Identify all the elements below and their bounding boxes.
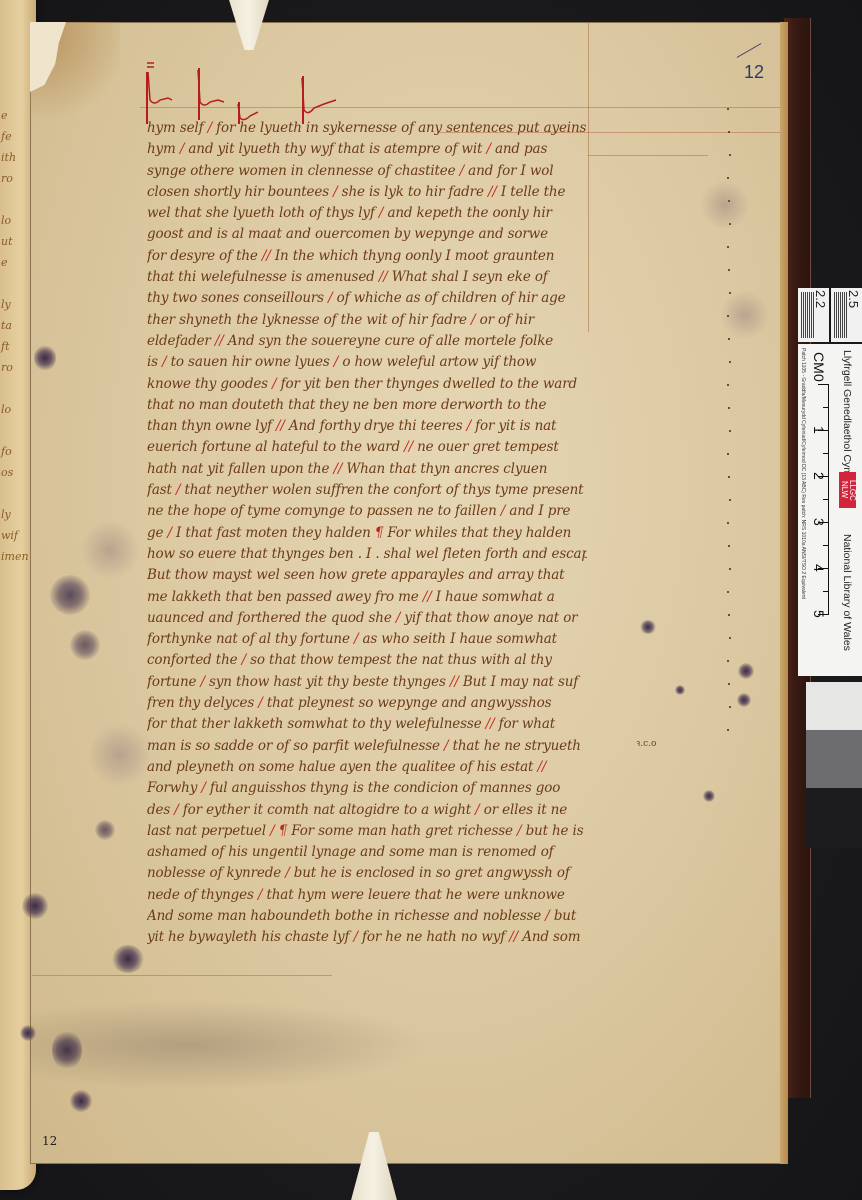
ruling-vertical xyxy=(588,22,589,332)
facing-page-text-fragment: ly xyxy=(1,299,11,310)
text-line: is / to sauen hir owne lyues / o how wel… xyxy=(147,352,587,373)
pricking-hole xyxy=(728,269,730,271)
mold-stain xyxy=(703,790,715,802)
pricking-hole xyxy=(729,499,731,501)
facing-page-text-fragment: ut xyxy=(1,236,13,247)
facing-page-text-fragment: lo xyxy=(1,404,11,415)
ruler-half-tick xyxy=(823,407,829,408)
facing-page-text-fragment: e xyxy=(1,110,8,121)
text-line: hym self / for he lyueth in sykernesse o… xyxy=(147,118,587,139)
patch-white xyxy=(806,682,862,730)
text-line: euerich fortune al hateful to the ward /… xyxy=(147,437,587,458)
text-line: for desyre of the // In the which thyng … xyxy=(147,246,587,267)
bottom-signature-mark: 12 xyxy=(42,1134,57,1148)
text-line: that thi welefulnesse is amenused // Wha… xyxy=(147,267,587,288)
facing-page-text-fragment: lo xyxy=(1,215,11,226)
ruler-fine-print: Patch 1105 - Graddfa/Mesurydd Cyfeiriad/… xyxy=(800,348,806,673)
pricking-hole xyxy=(729,637,731,639)
ruler-unit: CM xyxy=(811,352,827,374)
pricking-hole xyxy=(728,476,730,478)
facing-page-text-fragment: ro xyxy=(1,173,13,184)
mold-stain xyxy=(34,345,56,371)
text-line: hath nat yit fallen upon the // Whan tha… xyxy=(147,459,587,480)
facing-page-text-fragment: ith xyxy=(1,152,16,163)
mold-stain xyxy=(50,575,90,615)
manuscript-text: hym self / for he lyueth in sykernesse o… xyxy=(147,118,587,949)
pricking-hole xyxy=(727,522,729,524)
ruler-half-tick xyxy=(823,545,829,546)
text-line: But thow mayst wel seen how grete appara… xyxy=(147,565,587,586)
text-line: knowe thy goodes / for yit ben ther thyn… xyxy=(147,374,587,395)
color-scale-bar: 2.2 2.5 Patch 1105 - Graddfa/Mesurydd Cy… xyxy=(798,288,862,678)
text-line: conforted the / so that thow tempest the… xyxy=(147,650,587,671)
pricking-hole xyxy=(727,453,729,455)
mold-stain xyxy=(675,685,685,695)
pricking-hole xyxy=(729,706,731,708)
text-line: thy two sones conseillours / of whiche a… xyxy=(147,288,587,309)
text-line: noblesse of kynrede / but he is enclosed… xyxy=(147,863,587,884)
text-line: man is so sadde or of so parfit welefuln… xyxy=(147,736,587,757)
pricking-hole xyxy=(729,430,731,432)
patch-black xyxy=(806,788,862,848)
mold-stain xyxy=(738,663,754,679)
pricking-hole xyxy=(728,683,730,685)
text-line: fren thy delyces / that pleynest so wepy… xyxy=(147,693,587,714)
facing-page-text-fragment: imen xyxy=(1,551,29,562)
text-line: last nat perpetuel / ¶ For some man hath… xyxy=(147,821,587,842)
facing-page-text-fragment: ly xyxy=(1,509,11,520)
ruler-number: 1 xyxy=(811,426,827,434)
pricking-hole xyxy=(727,384,729,386)
facing-page-text-fragment: ro xyxy=(1,362,13,373)
facing-page-text-fragment: fe xyxy=(1,131,12,142)
text-line: nede of thynges / that hym were leuere t… xyxy=(147,885,587,906)
text-line: yit he bywayleth his chaste lyf / for he… xyxy=(147,927,587,948)
barcode-label: 2.2 xyxy=(813,290,828,308)
text-line: ge / I that fast moten they halden ¶ For… xyxy=(147,523,587,544)
facing-page-text-fragment: ft xyxy=(1,341,10,352)
text-line: ne the hope of tyme comynge to passen ne… xyxy=(147,501,587,522)
ruler-number: 0 xyxy=(811,374,827,382)
facing-page-text-fragment: wif xyxy=(1,530,18,541)
facing-page-text-fragment: fo xyxy=(1,446,12,457)
nlw-logo: LLGC NLW xyxy=(839,472,856,508)
facing-page-text-fragment: os xyxy=(1,467,13,478)
ruler-number: 2 xyxy=(811,472,827,480)
faded-stain xyxy=(720,290,770,340)
mold-stain xyxy=(70,630,100,660)
text-line: ashamed of his ungentil lynage and some … xyxy=(147,842,587,863)
facing-page-text-fragment: e xyxy=(1,257,8,268)
barcode-patch: 2.2 xyxy=(798,288,829,342)
margin-note: ꝛ.c.o xyxy=(636,736,656,749)
water-stain xyxy=(30,1000,430,1090)
patch-grey xyxy=(806,730,862,788)
ruling-line xyxy=(588,155,708,156)
mold-stain xyxy=(737,693,751,707)
ruling-bottom xyxy=(32,975,332,976)
text-line: goost and is al maat and ouercomen by we… xyxy=(147,224,587,245)
text-line: fortune / syn thow hast yit thy beste th… xyxy=(147,672,587,693)
text-line: ther shyneth the lyknesse of the wit of … xyxy=(147,310,587,331)
institution-english: National Library of Wales xyxy=(841,534,853,651)
pricking-hole xyxy=(728,614,730,616)
text-line: that no man douteth that they ne ben mor… xyxy=(147,395,587,416)
text-line: forthynke nat of al thy fortune / as who… xyxy=(147,629,587,650)
cm-ruler: Patch 1105 - Graddfa/Mesurydd Cyfeiriad/… xyxy=(798,344,862,676)
facing-page-text-fragment: ta xyxy=(1,320,12,331)
pricking-hole xyxy=(728,407,730,409)
pricking-hole xyxy=(727,729,729,731)
mold-stain xyxy=(22,893,48,919)
mold-stain xyxy=(112,945,144,973)
folio-gilt-edge xyxy=(780,22,788,1164)
pricking-hole xyxy=(727,177,729,179)
pricking-hole xyxy=(727,660,729,662)
text-line: Forwhy / ful anguisshos thyng is the con… xyxy=(147,778,587,799)
pricking-hole xyxy=(727,591,729,593)
faded-stain xyxy=(80,520,140,580)
ruler-half-tick xyxy=(823,591,829,592)
pricking-hole xyxy=(727,108,729,110)
pricking-hole xyxy=(728,131,730,133)
text-line: me lakketh that ben passed awey fro me /… xyxy=(147,587,587,608)
text-line: and pleyneth on some halue ayen the qual… xyxy=(147,757,587,778)
text-line: synge othere women in clennesse of chast… xyxy=(147,161,587,182)
text-line: fast / that neyther wolen suffren the co… xyxy=(147,480,587,501)
ruler-number: 4 xyxy=(811,564,827,572)
barcode-label: 2.5 xyxy=(846,290,861,308)
text-line: wel that she lyueth loth of thys lyf / a… xyxy=(147,203,587,224)
pricking-hole xyxy=(729,568,731,570)
pricking-hole xyxy=(727,246,729,248)
ruler-number: 5 xyxy=(811,610,827,618)
mold-stain xyxy=(95,820,115,840)
text-line: des / for eyther it comth nat altogidre … xyxy=(147,800,587,821)
mold-stain xyxy=(640,620,656,634)
text-line: And some man haboundeth bothe in richess… xyxy=(147,906,587,927)
text-line: than thyn owne lyf // And forthy drye th… xyxy=(147,416,587,437)
barcode-patch: 2.5 xyxy=(831,288,862,342)
text-line: hym / and yit lyueth thy wyf that is ate… xyxy=(147,139,587,160)
ruler-tick xyxy=(818,384,829,385)
text-line: closen shortly hir bountees / she is lyk… xyxy=(147,182,587,203)
institution-welsh: Llyfrgell Genedlaethol Cymru xyxy=(841,350,853,485)
mold-stain xyxy=(70,1090,92,1112)
pricking-hole xyxy=(728,545,730,547)
faded-stain xyxy=(90,720,150,790)
faded-stain xyxy=(700,180,750,230)
folio-number: 12 xyxy=(744,62,764,83)
text-line: how so euere that thynges ben . I . shal… xyxy=(147,544,587,565)
ruler-number: 3 xyxy=(811,518,827,526)
pricking-hole xyxy=(729,361,731,363)
ruler-half-tick xyxy=(823,453,829,454)
ruler-half-tick xyxy=(823,499,829,500)
text-line: uaunced and forthered the quod she / yif… xyxy=(147,608,587,629)
text-line: for that ther lakketh somwhat to thy wel… xyxy=(147,714,587,735)
pricking-hole xyxy=(729,154,731,156)
text-line: eldefader // And syn the souereyne cure … xyxy=(147,331,587,352)
pricking-hole xyxy=(728,338,730,340)
